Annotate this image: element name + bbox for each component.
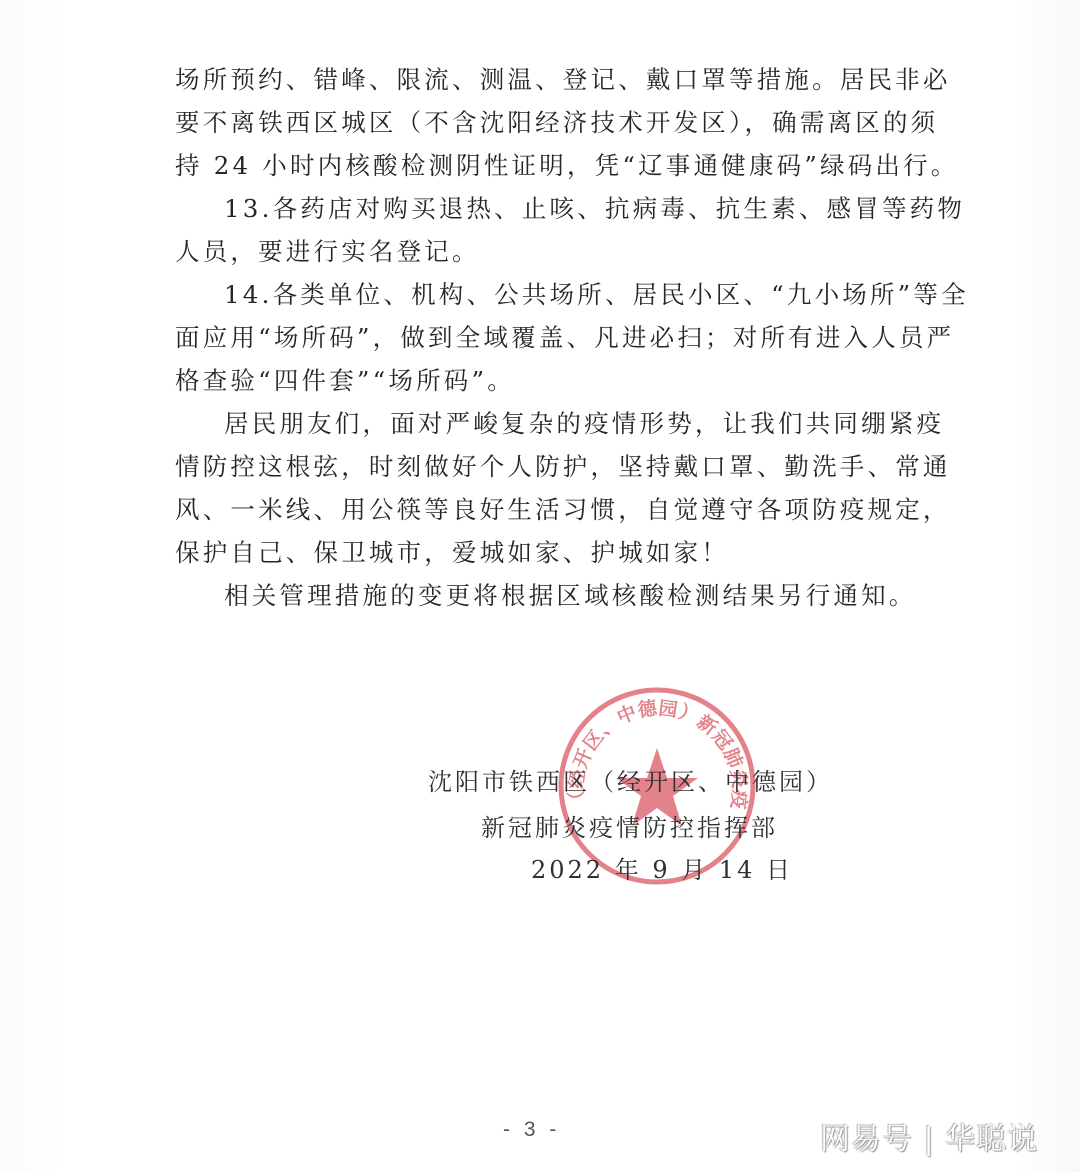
text-line: 要不离铁西区城区（不含沈阳经济技术开发区），确需离区的须 [175,101,897,144]
page-number: - 3 - [503,1118,560,1142]
signature-date: 2022 年 9 月 14 日 [531,850,793,885]
appeal-line: 保护自己、保卫城市，爱城如家、护城如家！ [175,531,897,574]
item-13-line: 人员，要进行实名登记。 [175,230,897,273]
signature-organization-line1: 沈阳市铁西区（经开区、中德园） [428,762,833,797]
text-line: 持 24 小时内核酸检测阴性证明，凭“辽事通健康码”绿码出行。 [175,144,897,187]
notice-line: 相关管理措施的变更将根据区域核酸检测结果另行通知。 [175,574,897,617]
text-line: 场所预约、错峰、限流、测温、登记、戴口罩等措施。居民非必 [175,58,897,101]
item-14-line: 14.各类单位、机构、公共场所、居民小区、“九小场所”等全 [175,273,897,316]
item-13-line: 13.各药店对购买退热、止咳、抗病毒、抗生素、感冒等药物 [175,187,897,230]
item-14-line: 面应用“场所码”，做到全域覆盖、凡进必扫；对所有进入人员严 [175,316,897,359]
signature-organization-line2: 新冠肺炎疫情防控指挥部 [481,808,778,843]
document-body: 场所预约、错峰、限流、测温、登记、戴口罩等措施。居民非必 要不离铁西区城区（不含… [175,58,897,617]
item-14-line: 格查验“四件套”“场所码”。 [175,359,897,402]
appeal-line: 情防控这根弦，时刻做好个人防护，坚持戴口罩、勤洗手、常通 [175,445,897,488]
appeal-line: 居民朋友们，面对严峻复杂的疫情形势，让我们共同绷紧疫 [175,402,897,445]
watermark: 网易号 | 华聪说 [820,1114,1038,1158]
appeal-line: 风、一米线、用公筷等良好生活习惯，自觉遵守各项防疫规定， [175,488,897,531]
document-page: 场所预约、错峰、限流、测温、登记、戴口罩等措施。居民非必 要不离铁西区城区（不含… [0,0,1080,1172]
